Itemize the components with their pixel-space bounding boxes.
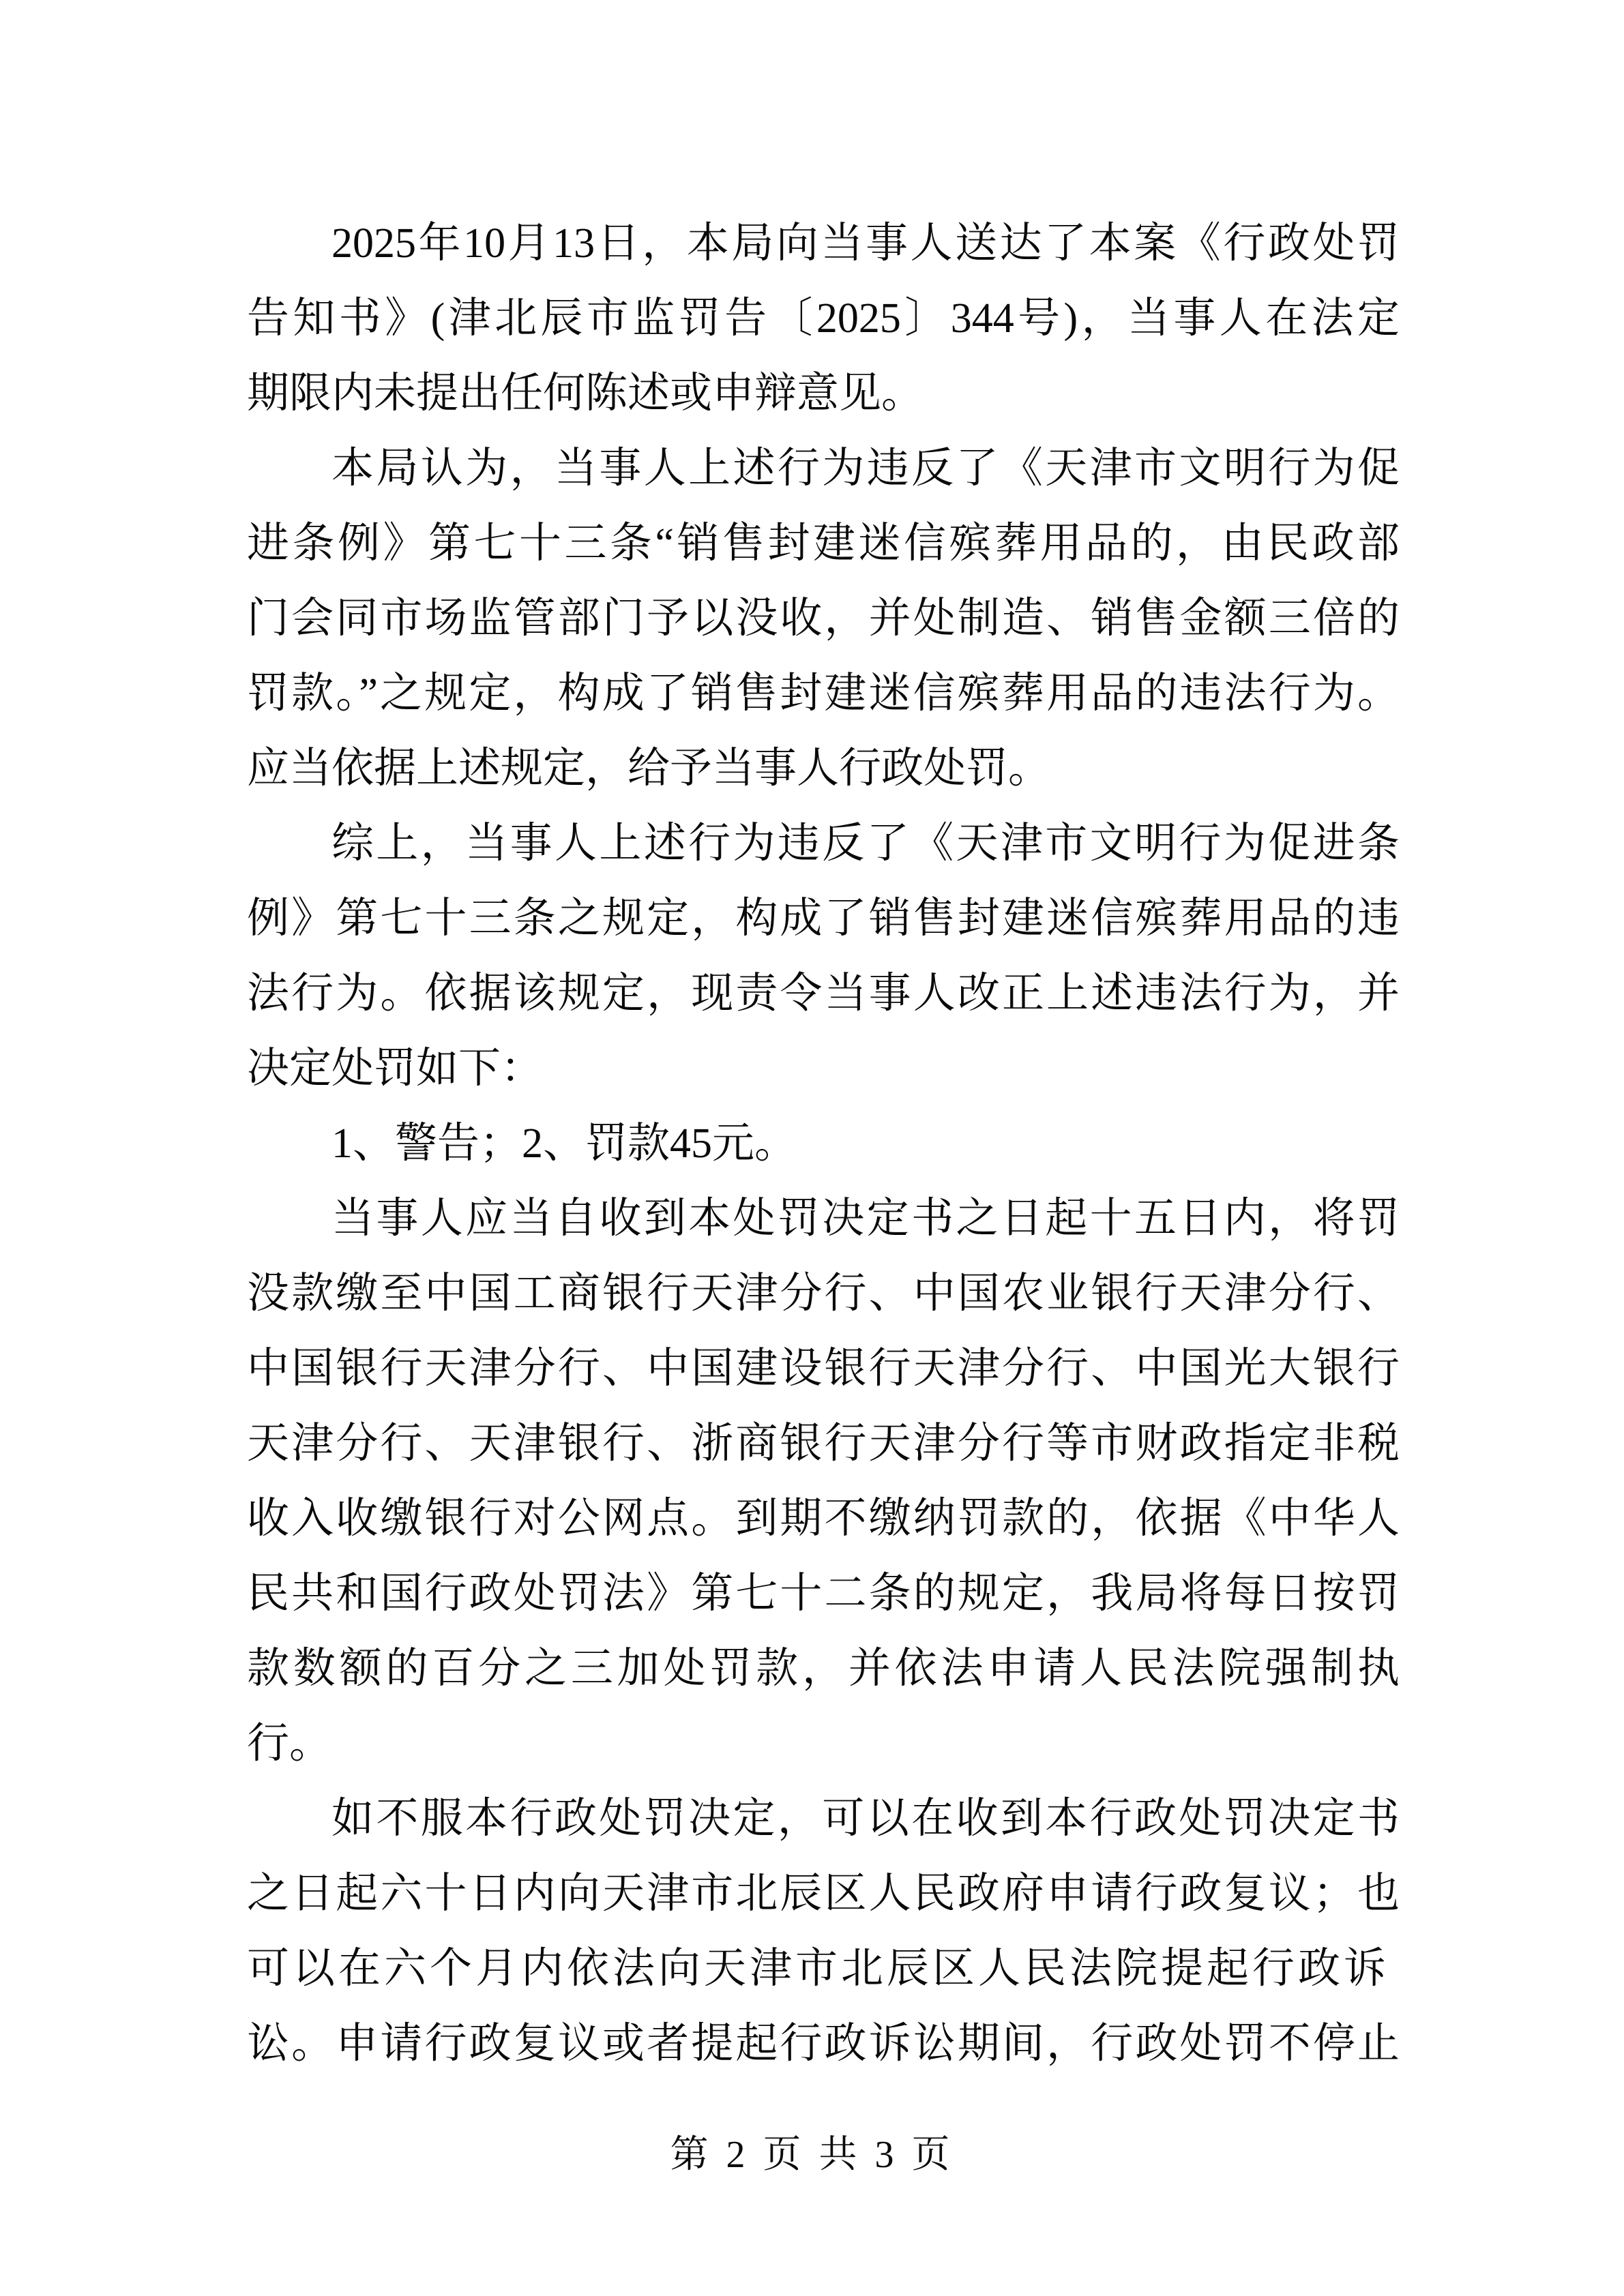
page-number-text: 第 2 页 共 3 页 [670,2134,954,2176]
text-line: 本局认为，当事人上述行为违反了《天津市文明行为促 [247,431,1400,506]
paragraph: 如不服本行政处罚决定，可以在收到本行政处罚决定书 之日起六十日内向天津市北辰区人… [247,1781,1400,2081]
text-line: 综上，当事人上述行为违反了《天津市文明行为促进条 [247,806,1400,881]
text-line: 进条例》第七十三条“销售封建迷信殡葬用品的，由民政部 [247,506,1400,581]
text-line: 1、警告；2、罚款45元。 [247,1106,1400,1181]
text-line: 款数额的百分之三加处罚款，并依法申请人民法院强制执 [247,1631,1400,1706]
page-footer: 第 2 页 共 3 页 [0,2131,1624,2179]
text-line: 告知书》(津北辰市监罚告〔2025〕344号)，当事人在法定 [247,281,1400,356]
text-line: 收入收缴银行对公网点。到期不缴纳罚款的，依据《中华人 [247,1481,1400,1556]
paragraph: 2025年10月13日，本局向当事人送达了本案《行政处罚 告知书》(津北辰市监罚… [247,206,1400,431]
text-line: 门会同市场监管部门予以没收，并处制造、销售金额三倍的 [247,581,1400,656]
document-page: 2025年10月13日，本局向当事人送达了本案《行政处罚 告知书》(津北辰市监罚… [0,0,1624,2296]
text-line: 当事人应当自收到本处罚决定书之日起十五日内，将罚 [247,1181,1400,1256]
text-line: 如不服本行政处罚决定，可以在收到本行政处罚决定书 [247,1781,1400,1856]
text-line: 天津分行、天津银行、浙商银行天津分行等市财政指定非税 [247,1406,1400,1481]
text-line: 例》第七十三条之规定，构成了销售封建迷信殡葬用品的违 [247,881,1400,956]
document-body: 2025年10月13日，本局向当事人送达了本案《行政处罚 告知书》(津北辰市监罚… [247,206,1400,2081]
text-line: 中国银行天津分行、中国建设银行天津分行、中国光大银行 [247,1331,1400,1406]
paragraph: 1、警告；2、罚款45元。 [247,1106,1400,1181]
text-line: 2025年10月13日，本局向当事人送达了本案《行政处罚 [247,206,1400,281]
text-line: 应当依据上述规定，给予当事人行政处罚。 [247,731,1400,806]
text-line: 决定处罚如下： [247,1031,1400,1106]
text-line: 之日起六十日内向天津市北辰区人民政府申请行政复议；也 [247,1856,1400,1931]
text-line: 罚款。”之规定，构成了销售封建迷信殡葬用品的违法行为。 [247,656,1400,731]
text-line: 没款缴至中国工商银行天津分行、中国农业银行天津分行、 [247,1256,1400,1331]
paragraph: 综上，当事人上述行为违反了《天津市文明行为促进条 例》第七十三条之规定，构成了销… [247,806,1400,1106]
text-line: 可以在六个月内依法向天津市北辰区人民法院提起行政诉 [247,1931,1400,2006]
text-line: 民共和国行政处罚法》第七十二条的规定，我局将每日按罚 [247,1556,1400,1631]
text-line: 期限内未提出任何陈述或申辩意见。 [247,356,1400,431]
text-line: 法行为。依据该规定，现责令当事人改正上述违法行为，并 [247,956,1400,1031]
paragraph: 当事人应当自收到本处罚决定书之日起十五日内，将罚 没款缴至中国工商银行天津分行、… [247,1181,1400,1781]
paragraph: 本局认为，当事人上述行为违反了《天津市文明行为促 进条例》第七十三条“销售封建迷… [247,431,1400,806]
text-line: 行。 [247,1706,1400,1781]
text-line: 讼。申请行政复议或者提起行政诉讼期间，行政处罚不停止 [247,2006,1400,2081]
